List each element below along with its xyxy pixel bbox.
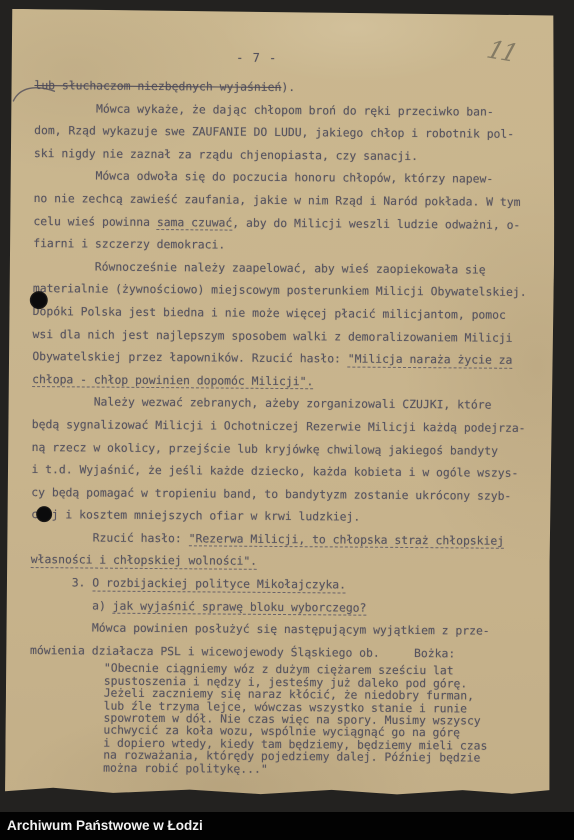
text-segment: fiarni i szczerzy demokraci.: [33, 236, 225, 252]
text-segment: Mówca odwoła się do poczucia honoru chło…: [34, 168, 494, 186]
text-segment: Należy wezwać zebranych, ażeby zorganizo…: [32, 394, 492, 412]
text-segment: ną rzecz w okolicy, przejście lub kryjów…: [32, 440, 498, 458]
text-segment: no nie zechcą zawieść zaufania, jakie w …: [34, 191, 521, 209]
ink-blot: [30, 291, 48, 309]
ink-blot: [36, 506, 52, 522]
text-segment: dom, Rząd wykazuje swe ZAUFANIE DO LUDU,…: [34, 123, 514, 141]
text-segment: i t.d. Wyjaśnić, że jeśli każde dziecko,…: [31, 462, 518, 480]
text-segment: cy będą pomagać w tropieniu band, to ban…: [31, 485, 511, 503]
text-segment: , aby do Milicji weszli ludzie odważni, …: [232, 215, 520, 231]
text-segment: Rzucić hasło:: [31, 530, 189, 545]
text-segment: ciej i kosztem mniejszych ofiar w krwi l…: [31, 507, 360, 524]
text-segment: chłopa - chłop powinien dopomóc Milicji"…: [32, 372, 313, 390]
document-text: lub słuchaczom niezbędnych wyjaśnień). M…: [29, 74, 546, 777]
text-segment: lub słuchaczom niezbędnych wyjaśnień: [34, 78, 281, 94]
text-segment: a): [30, 598, 112, 613]
text-segment: Równocześnie należy zaapelować, aby wieś…: [33, 259, 486, 277]
text-segment: własności i chłopskiej wolności".: [31, 553, 257, 570]
text-segment: sama czuwać: [157, 215, 233, 231]
pen-mark: [10, 82, 56, 104]
text-segment: Dopóki Polska jest biedna i nie może wię…: [33, 304, 506, 322]
archive-watermark-text: Archiwum Państwowe w Łodzi: [0, 812, 574, 840]
archive-watermark-bar: Archiwum Państwowe w Łodzi: [0, 812, 574, 840]
document-page: - 7 - 11 lub słuchaczom niezbędnych wyja…: [4, 9, 556, 797]
text-segment: ).: [281, 80, 295, 94]
text-segment: Mówca powinien posłużyć się następującym…: [30, 620, 490, 638]
text-segment: będą sygnalizować Milicji i Ochotniczej …: [32, 417, 526, 435]
text-segment: "Milicja naraża życie za: [348, 352, 513, 369]
text-segment: materialnie (żywnościowo) miejscowym pos…: [33, 281, 527, 299]
text-line: będą sygnalizować Milicji i Ochotniczej …: [32, 413, 544, 440]
text-segment: ski nigdy nie zaznał za rządu chjenopias…: [34, 146, 418, 163]
text-segment: "Rezerwa Milicji, to chłopska straż chło…: [189, 531, 505, 549]
text-segment: jak wyjaśnić sprawę bloku wyborczego?: [113, 598, 367, 615]
text-segment: można robić politykę...": [103, 760, 268, 775]
text-segment: wsi dla nich jest najlepszym sposobem wa…: [32, 327, 512, 345]
text-segment: Obywatelskiej przez łapowników. Rzucić h…: [32, 349, 348, 365]
text-segment: 3.: [31, 575, 93, 589]
page-number: - 7 -: [10, 49, 556, 67]
text-segment: celu wieś powinna: [33, 214, 157, 229]
text-segment: mówienia działacza PSL i wicewojewody Śl…: [30, 643, 455, 660]
text-line: no nie zechcą zawieść zaufania, jakie w …: [34, 187, 546, 214]
text-segment: Mówca wykaże, że dając chłopom broń do r…: [34, 101, 494, 119]
text-segment: O rozbijackiej polityce Mikołajczyka.: [92, 576, 346, 593]
text-line: Dopóki Polska jest biedna i nie może wię…: [33, 300, 545, 327]
